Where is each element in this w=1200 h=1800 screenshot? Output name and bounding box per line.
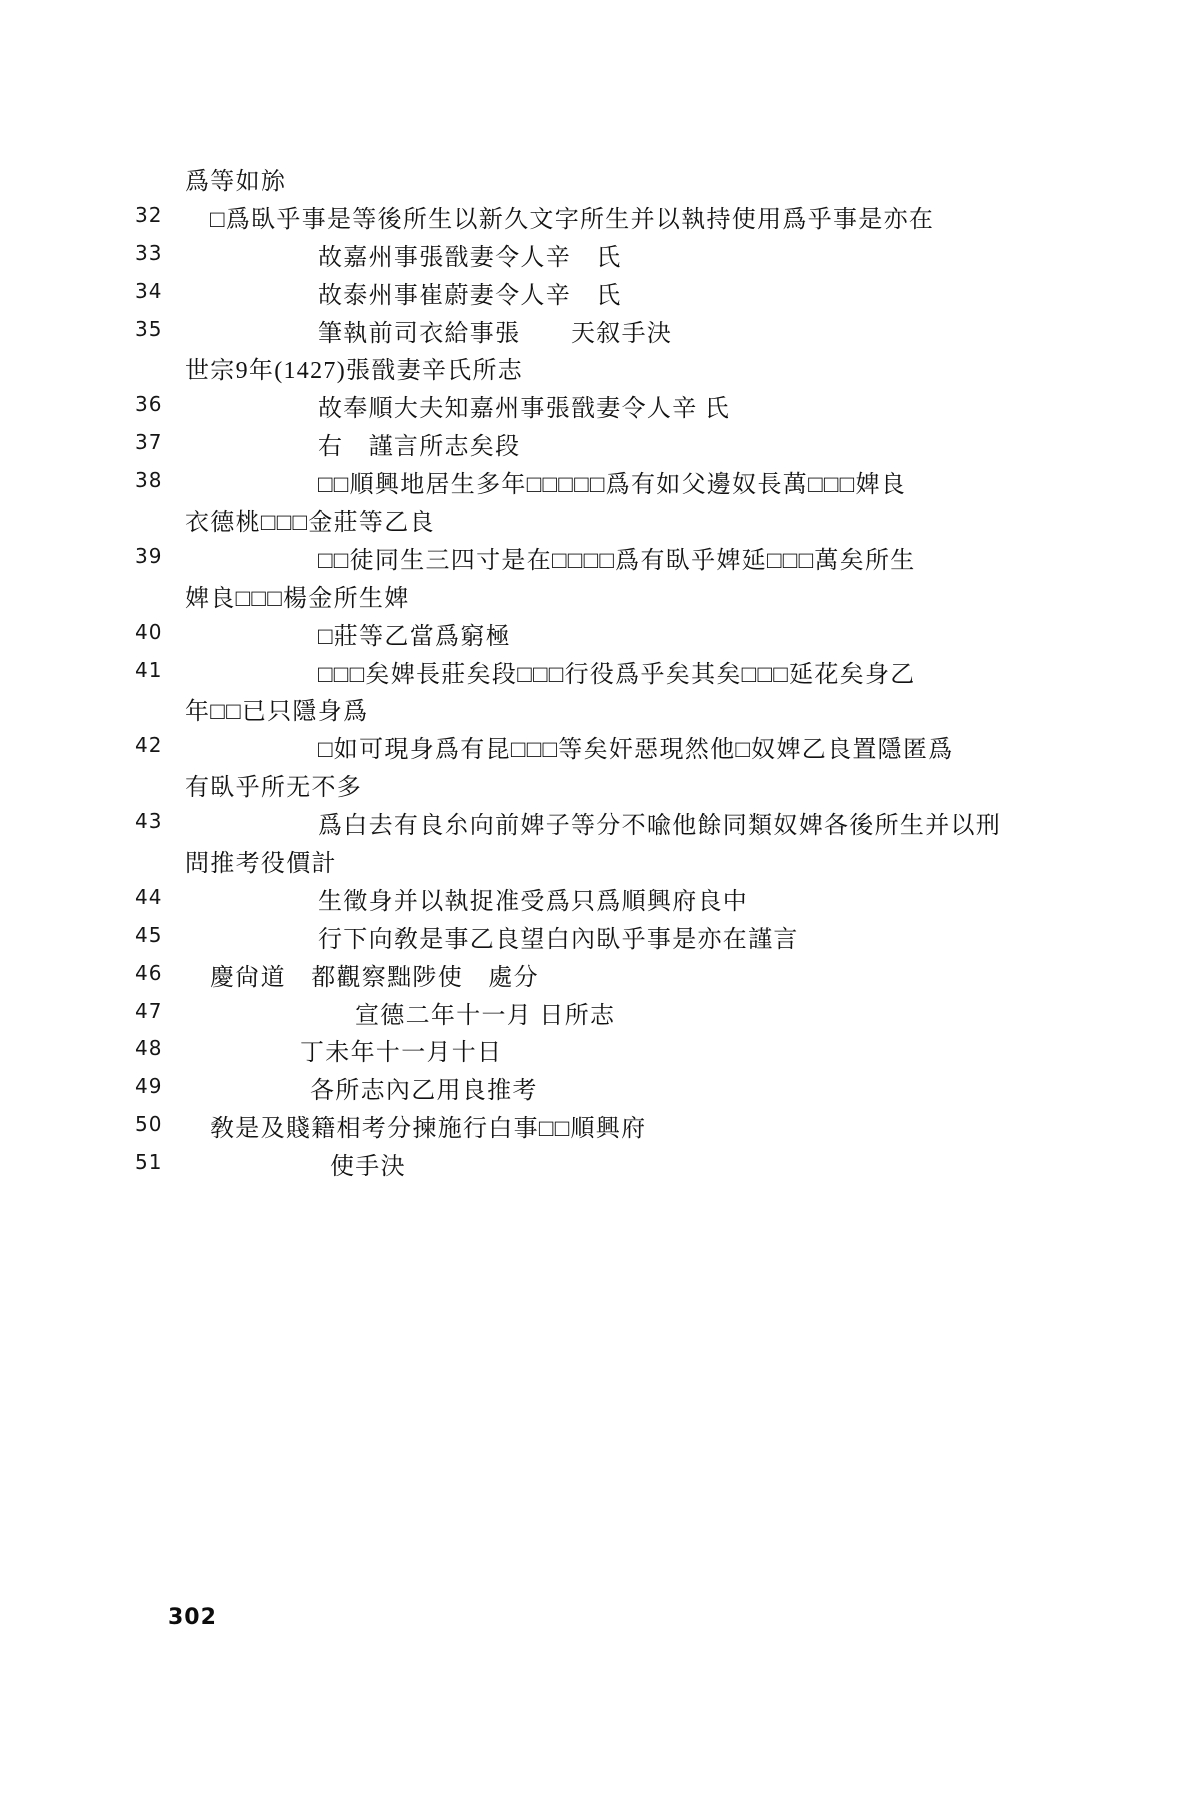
document-line-continuation: 婢良□□□楊金所生婢 <box>0 575 1200 613</box>
document-line: 48丁未年十一月十日 <box>0 1029 1200 1067</box>
document-line: 41□□□矣婢長莊矣段□□□行役爲乎矣其矣□□□延花矣身乙 <box>0 651 1200 689</box>
line-number: 47 <box>135 999 162 1023</box>
line-text: 故嘉州事張戩妻令人辛 氏 <box>318 237 622 272</box>
line-number: 48 <box>135 1036 162 1060</box>
line-text: 爲等如旀 <box>185 161 286 196</box>
document-line: 43爲白去有良厼向前婢子等分不喩他餘同類奴婢各後所生并以刑 <box>0 802 1200 840</box>
line-number: 38 <box>135 468 162 492</box>
line-text: 故泰州事崔蔚妻令人辛 氏 <box>318 275 622 310</box>
document-line: 44生徵身并以執捉准受爲只爲順興府良中 <box>0 878 1200 916</box>
document-line-continuation: 問推考役價計 <box>0 840 1200 878</box>
line-text: 行下向敎是事乙良望白內臥乎事是亦在謹言 <box>318 919 799 954</box>
document-line: 42□如可現身爲有昆□□□等矣奸惡現然他□奴婢乙良置隱匿爲 <box>0 726 1200 764</box>
line-text: 問推考役價計 <box>185 843 337 878</box>
document-line: 33故嘉州事張戩妻令人辛 氏 <box>0 234 1200 272</box>
line-text: 婢良□□□楊金所生婢 <box>185 578 410 613</box>
document-line: 37右 謹言所志矣段 <box>0 423 1200 461</box>
document-line: 38□□順興地居生多年□□□□□爲有如父邊奴長萬□□□婢良 <box>0 461 1200 499</box>
document-line-continuation: 衣德桃□□□金莊等乙良 <box>0 499 1200 537</box>
line-text: □□徒同生三四寸是在□□□□爲有臥乎婢延□□□萬矣所生 <box>318 540 916 575</box>
line-number: 46 <box>135 961 162 985</box>
document-line: 36故奉順大夫知嘉州事張戩妻令人辛 氏 <box>0 385 1200 423</box>
line-text: □□順興地居生多年□□□□□爲有如父邊奴長萬□□□婢良 <box>318 464 906 499</box>
line-number: 41 <box>135 658 162 682</box>
line-text: 筆執前司衣給事張 天叙手決 <box>318 313 672 348</box>
line-text: □莊等乙當爲窮極 <box>318 616 511 651</box>
line-number: 33 <box>135 241 162 265</box>
line-text: 故奉順大夫知嘉州事張戩妻令人辛 氏 <box>318 388 730 423</box>
line-number: 39 <box>135 544 162 568</box>
line-number: 42 <box>135 733 162 757</box>
line-number: 35 <box>135 317 162 341</box>
line-number: 34 <box>135 279 162 303</box>
line-text: 右 謹言所志矣段 <box>318 426 520 461</box>
line-text: 爲白去有良厼向前婢子等分不喩他餘同類奴婢各後所生并以刑 <box>318 805 1001 840</box>
line-number: 51 <box>135 1150 162 1174</box>
document-line: 47宣德二年十一月 日所志 <box>0 992 1200 1030</box>
line-number: 40 <box>135 620 162 644</box>
document-line-continuation: 年□□已只隱身爲 <box>0 688 1200 726</box>
document-line: 51使手決 <box>0 1143 1200 1181</box>
line-text: □爲臥乎事是等後所生以新久文字所生并以執持使用爲乎事是亦在 <box>210 199 934 234</box>
line-number: 37 <box>135 430 162 454</box>
line-text: 使手決 <box>330 1146 406 1181</box>
page-number: 302 <box>168 1605 217 1630</box>
document-line: 35筆執前司衣給事張 天叙手決 <box>0 310 1200 348</box>
document-line: 46慶尙道 都觀察黜陟使 處分 <box>0 954 1200 992</box>
section-heading-line: 世宗9年(1427)張戩妻辛氏所志 <box>0 347 1200 385</box>
line-number: 49 <box>135 1074 162 1098</box>
line-text: 各所志內乙用良推考 <box>310 1070 538 1105</box>
line-text: 生徵身并以執捉准受爲只爲順興府良中 <box>318 881 748 916</box>
line-number: 50 <box>135 1112 162 1136</box>
line-number: 36 <box>135 392 162 416</box>
line-number: 32 <box>135 203 162 227</box>
document-lines: 爲等如旀32□爲臥乎事是等後所生以新久文字所生并以執持使用爲乎事是亦在33故嘉州… <box>0 158 1200 1181</box>
line-number: 44 <box>135 885 162 909</box>
document-line: 34故泰州事崔蔚妻令人辛 氏 <box>0 272 1200 310</box>
document-line: 45行下向敎是事乙良望白內臥乎事是亦在謹言 <box>0 916 1200 954</box>
line-text: 年□□已只隱身爲 <box>185 691 368 726</box>
line-text: 敎是及賤籍相考分揀施行白事□□順興府 <box>210 1108 646 1143</box>
line-text: □如可現身爲有昆□□□等矣奸惡現然他□奴婢乙良置隱匿爲 <box>318 729 954 764</box>
line-text: 衣德桃□□□金莊等乙良 <box>185 502 435 537</box>
line-text: 有臥乎所无不多 <box>185 767 362 802</box>
section-heading-text: 世宗9年(1427)張戩妻辛氏所志 <box>185 350 523 385</box>
line-text: 宣德二年十一月 日所志 <box>355 995 615 1030</box>
line-text: □□□矣婢長莊矣段□□□行役爲乎矣其矣□□□延花矣身乙 <box>318 654 916 689</box>
document-line: 32□爲臥乎事是等後所生以新久文字所生并以執持使用爲乎事是亦在 <box>0 196 1200 234</box>
document-line: 40□莊等乙當爲窮極 <box>0 613 1200 651</box>
document-line: 39□□徒同生三四寸是在□□□□爲有臥乎婢延□□□萬矣所生 <box>0 537 1200 575</box>
document-line-continuation: 有臥乎所无不多 <box>0 764 1200 802</box>
document-line-continuation: 爲等如旀 <box>0 158 1200 196</box>
scanned-page: 爲等如旀32□爲臥乎事是等後所生以新久文字所生并以執持使用爲乎事是亦在33故嘉州… <box>0 0 1200 1800</box>
line-text: 丁未年十一月十日 <box>300 1032 502 1067</box>
document-line: 50敎是及賤籍相考分揀施行白事□□順興府 <box>0 1105 1200 1143</box>
line-number: 43 <box>135 809 162 833</box>
line-text: 慶尙道 都觀察黜陟使 處分 <box>210 957 539 992</box>
document-line: 49各所志內乙用良推考 <box>0 1067 1200 1105</box>
line-number: 45 <box>135 923 162 947</box>
